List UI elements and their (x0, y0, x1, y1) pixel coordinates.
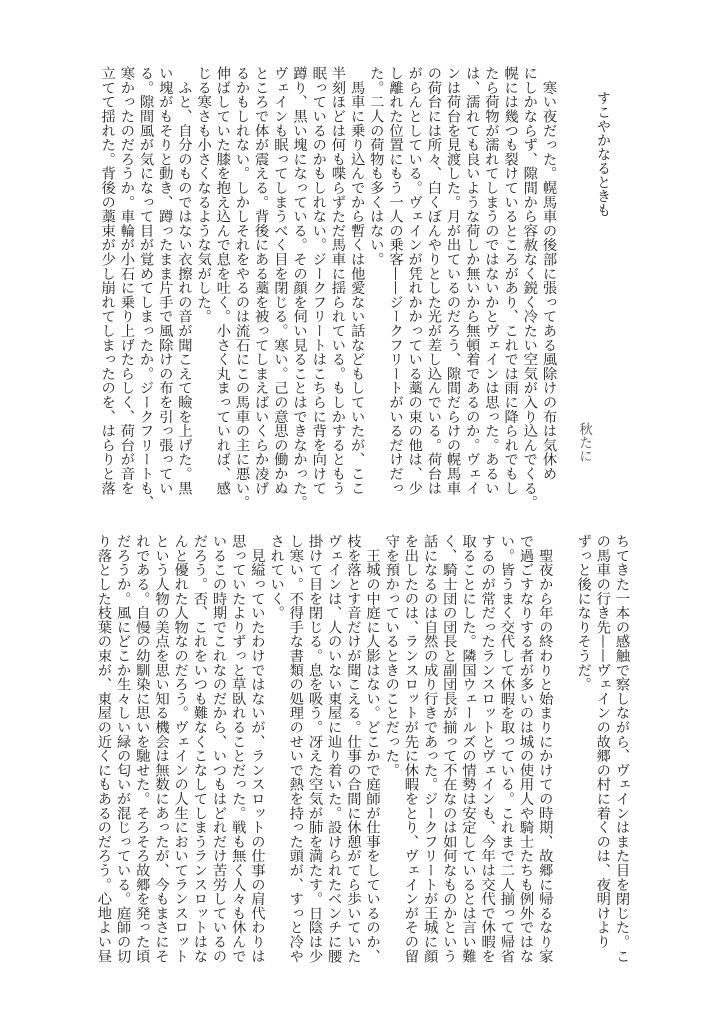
text-line: れである。自慢の幼馴染に思いを馳せた。そろそろ故郷を発った頃 (132, 534, 151, 984)
text-line: 寒かったのだろうか。車輪が小石に乗り上げたらしく、荷台が音を (117, 66, 136, 516)
text-line: 蹲り、黒い塊になっている。その顔を伺い見ることはできなかった。 (289, 66, 308, 516)
text-line: ンは荷台を見渡した。月が出ているのだろう、隙間だらけの幌馬車 (443, 66, 462, 516)
page: すこやかなるときも 秋たに 寒い夜だった。幌馬車の後部に張ってある風除けの布は気… (0, 0, 725, 1024)
text-line: 伸ばしていた膝を抱え込んで息を吐く。小さく丸まっていれば、感 (213, 66, 232, 516)
text-line: ヴェインは、人のいない東屋に辿り着いた。設けられたベンチに腰 (324, 534, 343, 984)
text-line: たら荷物が濡れてしまうのではないかとヴェインは思った。あるい (481, 66, 500, 516)
text-line: 思っていたよりずっと草臥れることだった。戦も無く人々も休んで (228, 534, 247, 984)
text-line: 立てて揺れた。背後の藁束が少し崩れてしまったのを、はらりと落 (98, 66, 117, 516)
text-line: ところで体が震える。背後にある藁を被ってしまえばいくらか凌げ (251, 66, 270, 516)
author-name: 秋たに (574, 422, 593, 463)
text-line: じる寒さも小さくなるような気がした。 (193, 66, 212, 516)
story-title: すこやかなるときも (593, 91, 612, 217)
text-line: がらんとしている。ヴェインが凭れかかっている藁の束の他は、少 (405, 66, 424, 516)
text-line: にしかならず、隙間から容赦なく鋭く冷たい空気が入り込んでくる。 (520, 66, 539, 516)
text-line: し離れた位置にもう一人の乗客——ジークフリートがいるだけだっ (385, 66, 404, 516)
text-line: し寒い。不得手な書類の処理のせいで熱を持った頭が、すっと冷や (286, 534, 305, 984)
text-line: 王城の中庭に人影はない。どこかで庭師が仕事をしているのか、 (362, 534, 381, 984)
text-line: の荷台には所々、白くぼんやりとした光が差し込んでいる。荷台は (424, 66, 443, 516)
blank-line (554, 534, 573, 984)
text-line: されていく。 (266, 534, 285, 984)
text-line: で過ごすなりする者が多いのは城の使用人や騎士たちも例外ではな (516, 534, 535, 984)
text-line: いるこの時期でこれなのだから、いつもはどれだけ苦労しているの (209, 534, 228, 984)
text-line: んと優れた人物なのだろう。ヴェインの人生においてランスロット (171, 534, 190, 984)
text-line: という人物の美点を思い知る機会は無数にあったが、今もまさにそ (151, 534, 170, 984)
text-line: だろう。否、これをいつも難なくこなしてしまうランスロットはな (190, 534, 209, 984)
text-line: 眠っているのかもしれない。ジークフリートはこちらに背を向けて (309, 66, 328, 516)
lower-text-block: ちてきた一本の感触で察しながら、ヴェインはまた目を閉じた。こ の馬車の行き先——… (94, 534, 631, 984)
text-line: るかもしれない。しかしそれをやるのは流石にこの馬車の主に悪い。 (232, 66, 251, 516)
text-line: 寒い夜だった。幌馬車の後部に張ってある風除けの布は気休め (539, 66, 558, 516)
text-line: 半刻ほどは何も喋らずただ馬車に揺られている。もしかするともう (328, 66, 347, 516)
text-line: 話になるのは自然の成り行きであった。ジークフリートが王城に顔 (420, 534, 439, 984)
text-line: 見縊っていたわけではないが、ランスロットの仕事の肩代わりは (247, 534, 266, 984)
text-line: するのが常だったランスロットとヴェインも、今年は交代で休暇を (478, 534, 497, 984)
text-line: い塊がもそりと動き、蹲ったまま片手で風除けの布を引っ張ってい (155, 66, 174, 516)
text-line: い。皆うまく交代して休暇を取っている。これまで二人揃って帰省 (497, 534, 516, 984)
text-line: た。二人の荷物も多くはない。 (366, 66, 385, 516)
text-line: 取ることにした。隣国ウェールズの情勢は安定しているとは言い難 (458, 534, 477, 984)
text-line: を出したのは、ランスロットが先に休暇をとり、ヴェインがその留 (401, 534, 420, 984)
text-line: ふと、自分のものではない衣擦れの音が聞こえて瞼を上げた。黒 (174, 66, 193, 516)
text-line: の馬車の行き先——ヴェインの故郷の村に着くのは、夜明けより (593, 534, 612, 984)
upper-text-block: 寒い夜だった。幌馬車の後部に張ってある風除けの布は気休め にしかならず、隙間から… (98, 66, 559, 516)
text-line: だろうか。風にどこか生々しい緑の匂いが混じっている。庭師の切 (113, 534, 132, 984)
text-line: は、濡れても良いような荷しか無いから無頓着であるのか。ヴェイ (462, 66, 481, 516)
text-line: 聖夜から年の終わりと始まりにかけての時期、故郷に帰るなり家 (535, 534, 554, 984)
text-line: ヴェインも眠ってしまうべく目を閉じる。寒い。己の意思の働かぬ (270, 66, 289, 516)
text-line: 守を預かっているときのことだった。 (382, 534, 401, 984)
text-line: く、騎士団の団長と副団長が揃って不在なのは如何なものかという (439, 534, 458, 984)
text-line: ちてきた一本の感触で察しながら、ヴェインはまた目を閉じた。こ (612, 534, 631, 984)
text-line: ずっと後になりそうだ。 (573, 534, 592, 984)
text-line: 馬車に乗り込んでから暫くは他愛ない話などもしていたが、ここ (347, 66, 366, 516)
text-line: 幌には幾つも裂けているところがあり、これでは雨に降られでもし (500, 66, 519, 516)
text-line: 掛けて目を閉じる。息を吸う。冴えた空気が肺を満たす。日陰は少 (305, 534, 324, 984)
text-line: 枝を落とす音だけが聞こえる。仕事の合間に休憩がてら歩いていた (343, 534, 362, 984)
text-line: る。隙間風が気になって目が覚めてしまったか。ジークフリートも、 (136, 66, 155, 516)
text-line: り落とした枝葉の束が、東屋の近くにもあるのだろう。心地よい昼 (94, 534, 113, 984)
